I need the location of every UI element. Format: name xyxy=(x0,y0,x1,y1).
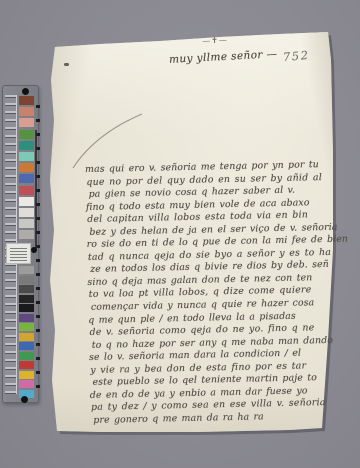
color-patch xyxy=(19,304,34,312)
color-patch xyxy=(19,174,34,183)
color-patch xyxy=(19,314,34,322)
registration-dot-top xyxy=(22,88,29,95)
registration-dot-bottom xyxy=(21,396,28,403)
stitch-hole xyxy=(45,352,48,354)
color-patch xyxy=(19,295,34,303)
color-patch xyxy=(19,152,34,161)
color-patch xyxy=(19,186,34,195)
color-patch xyxy=(19,323,34,331)
archival-photo: —✝— muy yllme señor — 752 mas qui ero v.… xyxy=(0,0,360,468)
color-patch xyxy=(19,219,34,228)
color-patch xyxy=(19,130,34,139)
manuscript-body: mas qui ero v. señoria me tenga por yn p… xyxy=(85,159,342,428)
header-cross-mark: —✝— xyxy=(193,35,237,46)
color-patch xyxy=(19,141,34,150)
color-patch xyxy=(19,342,34,350)
stitch-hole xyxy=(47,398,50,400)
stitch-hole xyxy=(46,175,49,177)
color-patch xyxy=(19,361,34,369)
color-patch xyxy=(19,380,34,388)
color-patch xyxy=(19,96,34,105)
color-patch xyxy=(19,163,34,172)
stitch-hole xyxy=(49,414,52,416)
color-patch-column-bottom xyxy=(19,266,34,399)
label-barcode xyxy=(10,246,27,261)
color-patch-column-top xyxy=(19,96,34,241)
color-patch xyxy=(19,230,34,239)
color-patch xyxy=(19,352,34,360)
patch-edge-line xyxy=(35,130,37,250)
registration-dot-middle xyxy=(31,247,37,253)
color-calibration-target xyxy=(2,85,39,403)
paper-crease xyxy=(356,68,357,188)
color-patch xyxy=(19,118,34,127)
target-label xyxy=(6,243,31,264)
color-patch xyxy=(19,371,34,379)
color-patch xyxy=(19,197,34,206)
ink-blot xyxy=(64,63,69,66)
color-patch xyxy=(19,208,34,217)
color-patch xyxy=(19,266,34,274)
color-patch xyxy=(19,285,34,293)
color-patch xyxy=(19,276,34,284)
page-number: 752 xyxy=(282,48,310,64)
color-patch xyxy=(19,333,34,341)
color-patch xyxy=(19,107,34,116)
